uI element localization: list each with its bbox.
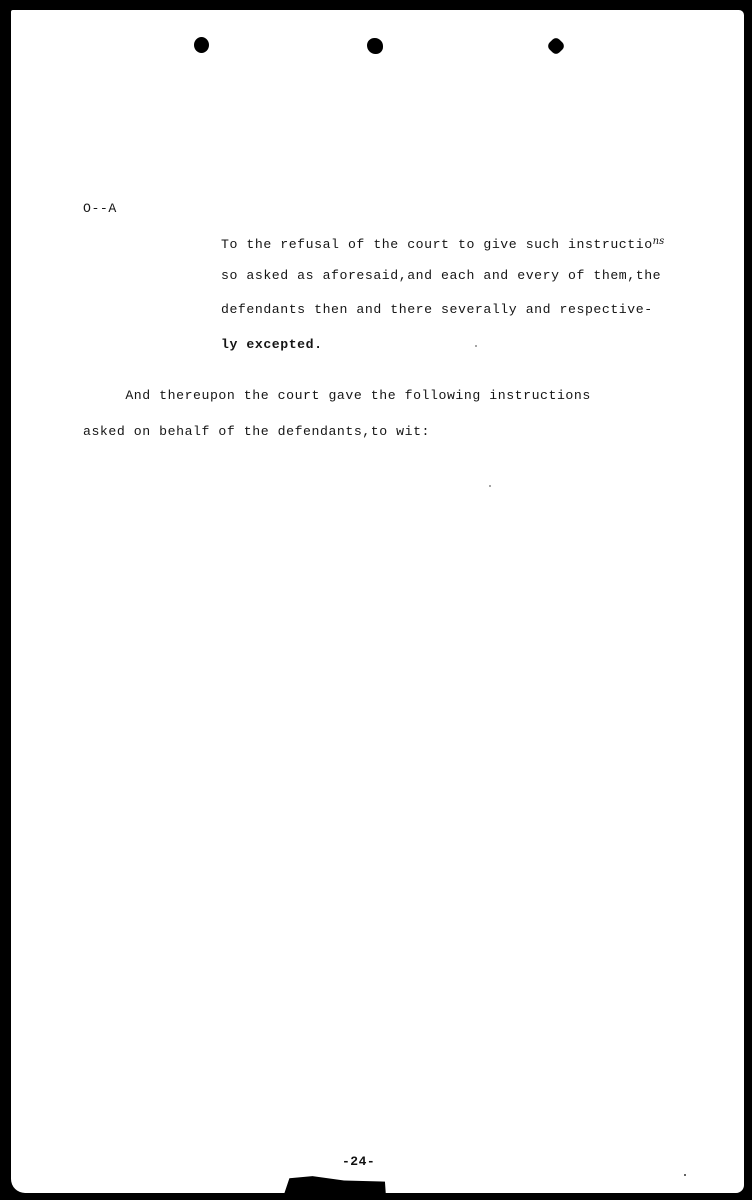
indented-line-1-text: To the refusal of the court to give such…: [221, 237, 653, 252]
scan-speck: [684, 1174, 686, 1176]
section-label: O--A: [83, 201, 117, 217]
punch-hole-center-icon: [367, 38, 383, 54]
document-page: O--A To the refusal of the court to give…: [11, 10, 744, 1193]
punch-hole-left-icon: [194, 37, 209, 53]
handwritten-correction: ns: [653, 236, 665, 247]
scan-speck: [475, 345, 477, 347]
paragraph-line-1: And thereupon the court gave the followi…: [83, 388, 591, 404]
page-number: -24-: [342, 1154, 375, 1169]
indented-line-2: so asked as aforesaid,and each and every…: [221, 268, 661, 284]
paragraph-line-2: asked on behalf of the defendants,to wit…: [83, 424, 430, 440]
indented-line-1: To the refusal of the court to give such…: [221, 234, 664, 253]
punch-hole-right-icon: [546, 36, 566, 56]
scan-speck: [489, 485, 491, 487]
indented-line-4: ly excepted.: [221, 337, 323, 353]
indented-line-3: defendants then and there severally and …: [221, 302, 653, 318]
